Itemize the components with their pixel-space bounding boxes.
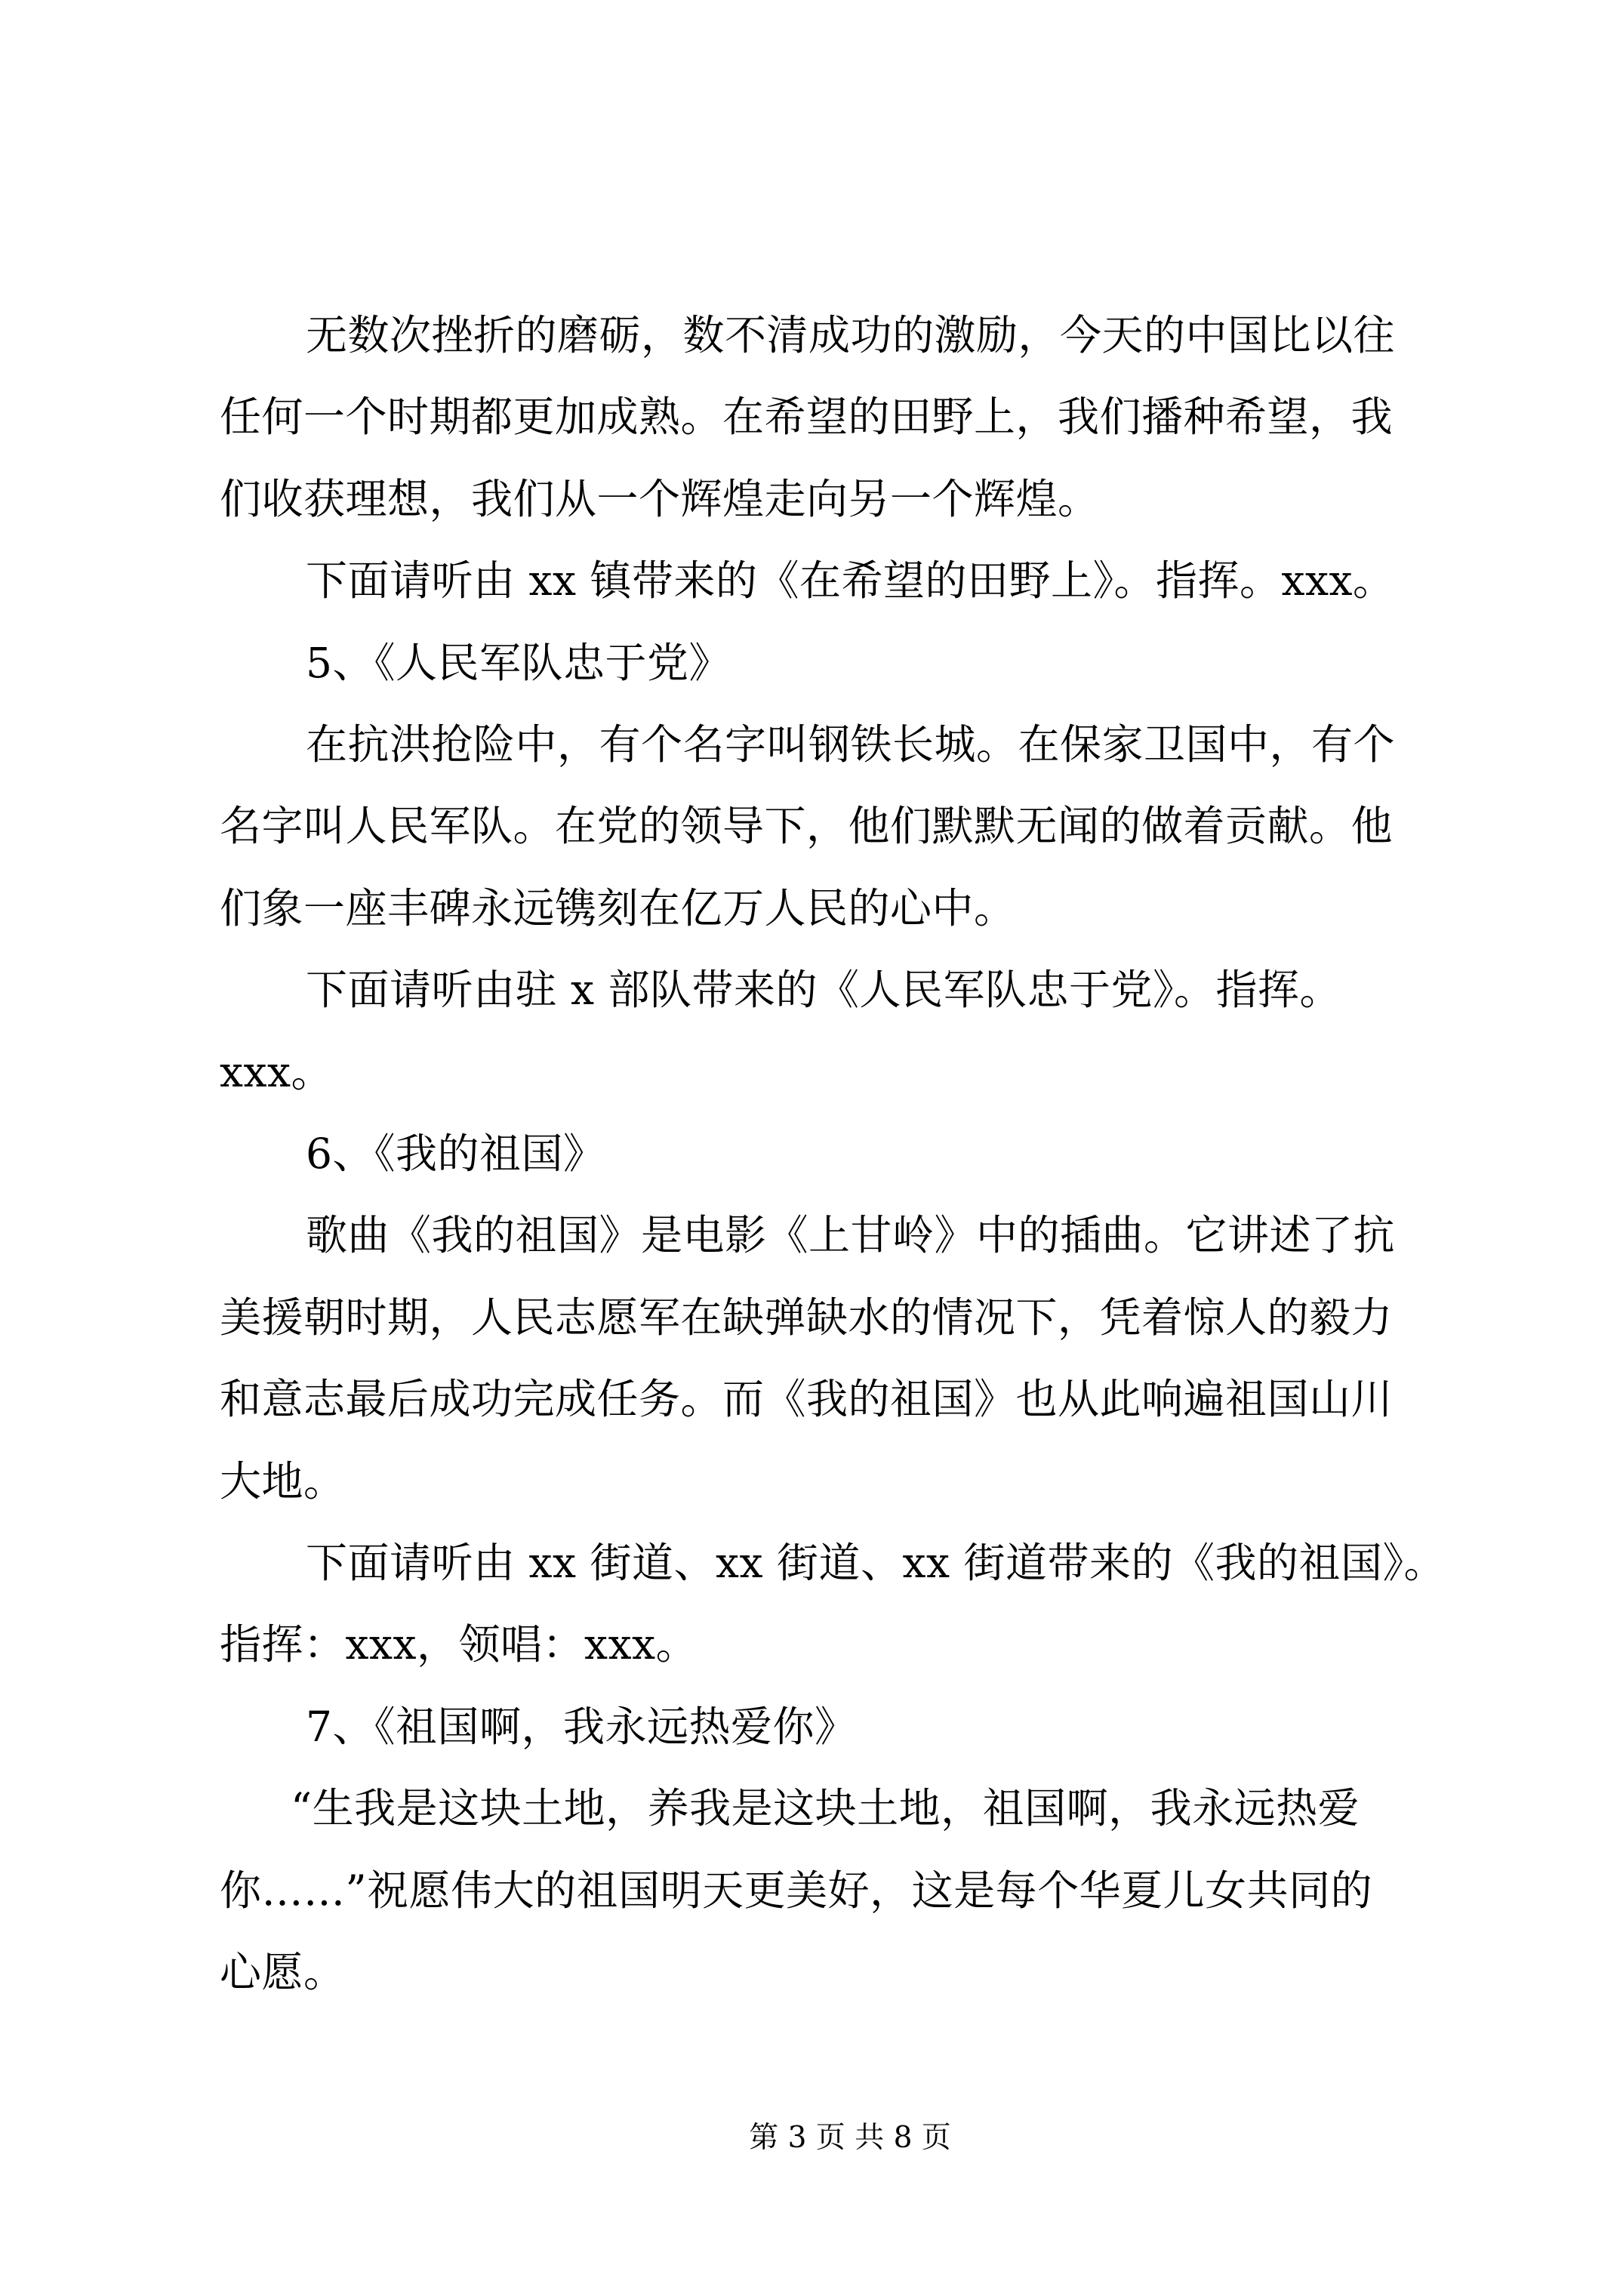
paragraph-line: 名字叫人民军队。在党的领导下，他们默默无闻的做着贡献。他 xyxy=(220,802,1393,850)
paragraph-line: 歌曲《我的祖国》是电影《上甘岭》中的插曲。它讲述了抗 xyxy=(306,1211,1395,1259)
paragraph-line: 和意志最后成功完成任务。而《我的祖国》也从此响遍祖国山川 xyxy=(220,1375,1393,1423)
paragraph-line: 在抗洪抢险中，有个名字叫钢铁长城。在保家卫国中，有个 xyxy=(306,720,1395,769)
announcement-line: 下面请听由 xx 镇带来的《在希望的田野上》。指挥。xxx。 xyxy=(306,556,1395,605)
paragraph-line: 你……”祝愿伟大的祖国明天更美好，这是每个华夏儿女共同的 xyxy=(220,1866,1372,1915)
paragraph-line: 们象一座丰碑永远镌刻在亿万人民的心中。 xyxy=(220,884,1016,932)
section-heading: 7、《祖国啊，我永远热爱你》 xyxy=(306,1703,857,1751)
announcement-line: 下面请听由驻 x 部队带来的《人民军队忠于党》。指挥。 xyxy=(306,966,1341,1014)
paragraph-line: 无数次挫折的磨砺，数不清成功的激励，今天的中国比以往 xyxy=(306,311,1395,359)
page-footer: 第 3 页 共 8 页 xyxy=(0,2119,1623,2158)
announcement-line: 指挥：xxx，领唱：xxx。 xyxy=(220,1620,698,1669)
section-heading: 6、《我的祖国》 xyxy=(306,1130,605,1178)
paragraph-line: 美援朝时期，人民志愿军在缺弹缺水的情况下，凭着惊人的毅力 xyxy=(220,1293,1393,1342)
paragraph-line: 大地。 xyxy=(220,1457,346,1505)
announcement-line: 下面请听由 xx 街道、xx 街道、xx 街道带来的《我的祖国》。 xyxy=(306,1539,1446,1587)
announcement-line: xxx。 xyxy=(220,1048,333,1096)
paragraph-line: 任何一个时期都更加成熟。在希望的田野上，我们播种希望，我 xyxy=(220,393,1393,441)
paragraph-line: 们收获理想，我们从一个辉煌走向另一个辉煌。 xyxy=(220,475,1100,523)
paragraph-line: 心愿。 xyxy=(220,1948,346,1996)
paragraph-line: “生我是这块土地，养我是这块土地，祖国啊，我永远热爱 xyxy=(291,1784,1360,1832)
document-page: 无数次挫折的磨砺，数不清成功的激励，今天的中国比以往 任何一个时期都更加成熟。在… xyxy=(0,0,1623,2296)
page-number-label: 第 3 页 共 8 页 xyxy=(749,2121,951,2155)
section-heading: 5、《人民军队忠于党》 xyxy=(306,639,731,687)
